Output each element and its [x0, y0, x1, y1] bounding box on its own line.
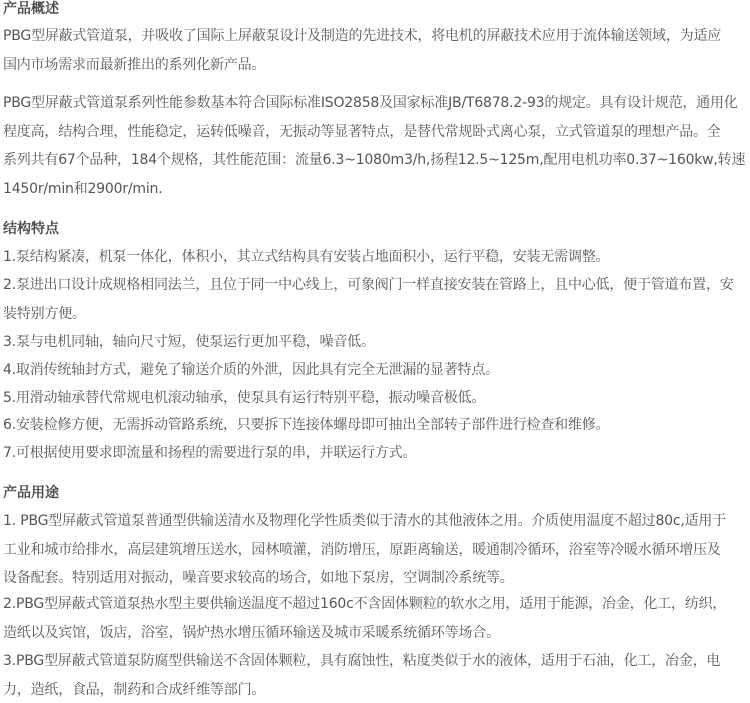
structure-item-4: 4.取消传统轴封方式，避免了输送介质的外泄，因此具有完全无泄漏的显著特点。: [3, 356, 748, 385]
structure-item-1: 1.泵结构紧凑，机泵一体化，体积小，其立式结构具有安装占地面积小，运行平稳，安装…: [3, 243, 748, 272]
overview-paragraph-1: PBG型屏蔽式管道泵，并吸收了国际上屏蔽泵设计及制造的先进技术，将电机的屏蔽技术…: [3, 22, 748, 79]
text-line: PBG型屏蔽式管道泵，并吸收了国际上屏蔽泵设计及制造的先进技术，将电机的屏蔽技术…: [3, 22, 748, 51]
structure-item-3: 3.泵与电机同轴，轴向尺寸短，使泵运行更加平稳，噪音低。: [3, 328, 748, 357]
text-line: 1. PBG型屏蔽式管道泵普通型供输送清水及物理化学性质类似于清水的其他液体之用…: [3, 507, 748, 536]
text-line: 5.用滑动轴承替代常规电机滚动轴承，使泵具有运行特别平稳，振动噪音极低。: [3, 384, 748, 413]
text-line: 3.泵与电机同轴，轴向尺寸短，使泵运行更加平稳，噪音低。: [3, 328, 748, 357]
section-heading-usage: 产品用途: [3, 484, 59, 502]
structure-item-2: 2.泵进出口设计成规格相同法兰，且位于同一中心线上，可象阀门一样直接安装在管路上…: [3, 271, 748, 328]
text-line: 4.取消传统轴封方式，避免了输送介质的外泄，因此具有完全无泄漏的显著特点。: [3, 356, 748, 385]
structure-item-7: 7.可根据使用要求即流量和扬程的需要进行泵的串，并联运行方式。: [3, 439, 748, 468]
usage-item-1: 1. PBG型屏蔽式管道泵普通型供输送清水及物理化学性质类似于清水的其他液体之用…: [3, 507, 748, 593]
text-line: PBG型屏蔽式管道泵系列性能参数基本符合国际标准ISO2858及国家标准JB/T…: [3, 89, 748, 118]
section-heading-structure: 结构特点: [3, 220, 59, 238]
text-line: 1.泵结构紧凑，机泵一体化，体积小，其立式结构具有安装占地面积小，运行平稳，安装…: [3, 243, 748, 272]
text-line: 3.PBG型屏蔽式管道泵防腐型供输送不含固体颗粒，具有腐蚀性，粘度类似于水的液体…: [3, 647, 748, 676]
text-line: 工业和城市给排水，高层建筑增压送水，园林喷灌，消防增压，原距离输送，暖通制冷循环…: [3, 536, 748, 565]
usage-item-2: 2.PBG型屏蔽式管道泵热水型主要供输送温度不超过160c不含固体颗粒的软水之用…: [3, 590, 748, 647]
section-heading-overview: 产品概述: [3, 0, 59, 18]
overview-paragraph-2: PBG型屏蔽式管道泵系列性能参数基本符合国际标准ISO2858及国家标准JB/T…: [3, 89, 748, 203]
text-line: 系列共有67个品种，184个规格，其性能范围：流量6.3~1080m3/h,扬程…: [3, 146, 748, 175]
text-line: 2.泵进出口设计成规格相同法兰，且位于同一中心线上，可象阀门一样直接安装在管路上…: [3, 271, 748, 300]
text-line: 7.可根据使用要求即流量和扬程的需要进行泵的串，并联运行方式。: [3, 439, 748, 468]
text-line: 力，造纸，食品，制药和合成纤维等部门。: [3, 676, 748, 703]
text-line: 2.PBG型屏蔽式管道泵热水型主要供输送温度不超过160c不含固体颗粒的软水之用…: [3, 590, 748, 619]
text-line: 装特别方便。: [3, 300, 748, 329]
structure-item-6: 6.安装检修方便，无需拆动管路系统，只要拆下连接体螺母即可抽出全部转子部件进行检…: [3, 411, 748, 440]
structure-item-5: 5.用滑动轴承替代常规电机滚动轴承，使泵具有运行特别平稳，振动噪音极低。: [3, 384, 748, 413]
text-line: 6.安装检修方便，无需拆动管路系统，只要拆下连接体螺母即可抽出全部转子部件进行检…: [3, 411, 748, 440]
text-line: 设备配套。特别适用对振动，噪音要求较高的场合，如地下泵房，空调制冷系统等。: [3, 564, 748, 593]
text-line: 1450r/min和2900r/min.: [3, 175, 748, 204]
text-line: 国内市场需求而最新推出的系列化新产品。: [3, 51, 748, 80]
usage-item-3: 3.PBG型屏蔽式管道泵防腐型供输送不含固体颗粒，具有腐蚀性，粘度类似于水的液体…: [3, 647, 748, 703]
text-line: 造纸以及宾馆，饭店，浴室，锅炉热水增压循环输送及城市采暖系统循环等场合。: [3, 619, 748, 648]
text-line: 程度高，结构合理，性能稳定，运转低噪音，无振动等显著特点，是替代常规卧式离心泵，…: [3, 118, 748, 147]
